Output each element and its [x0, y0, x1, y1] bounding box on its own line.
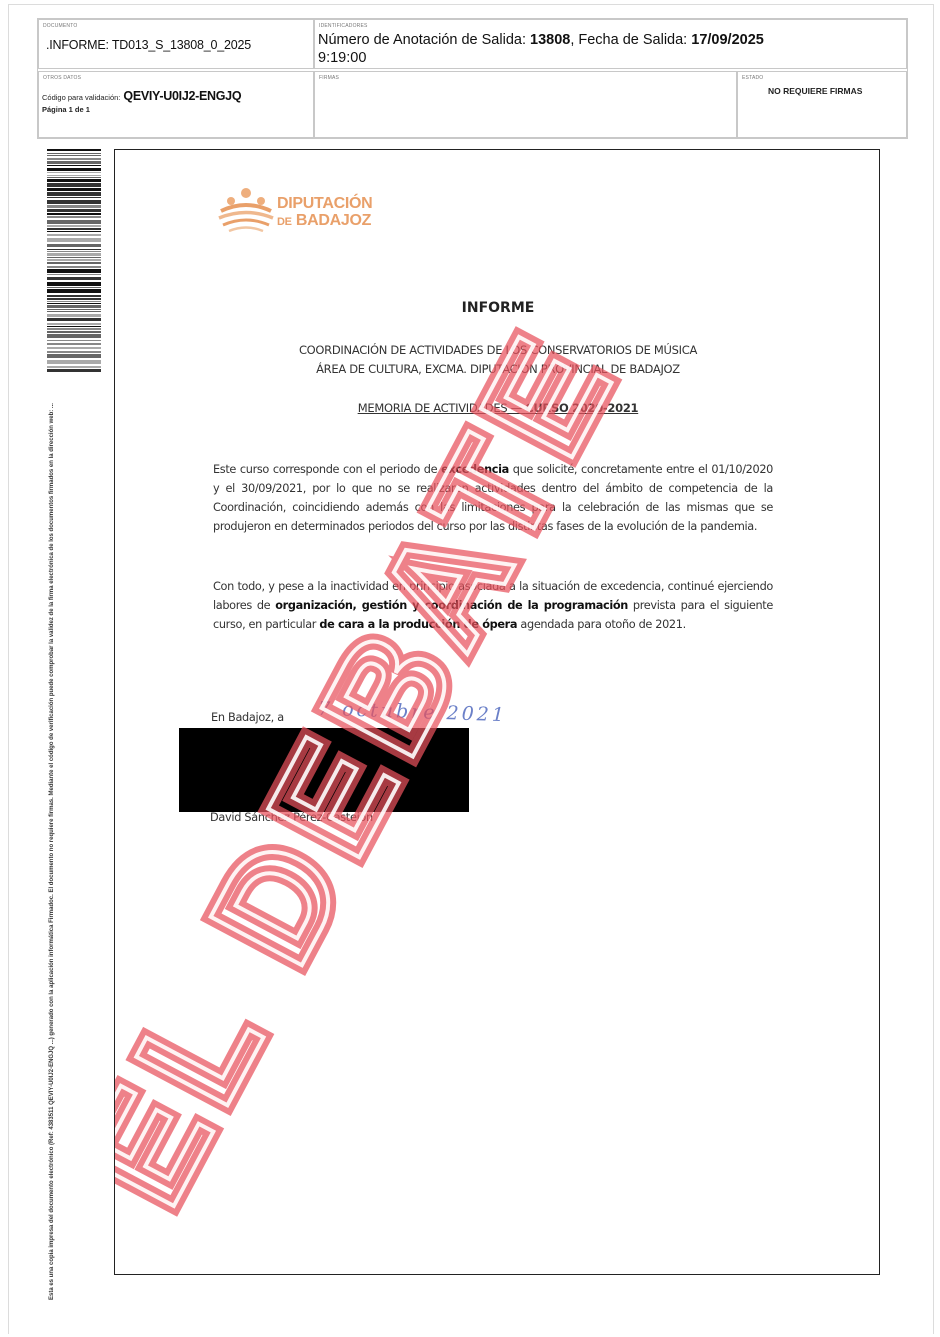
- document-subtitle-1: COORDINACIÓN DE ACTIVIDADES DE LOS CONSE…: [115, 343, 880, 357]
- identificadores-cell: IDENTIFICADORES Número de Anotación de S…: [314, 19, 907, 69]
- documento-label: DOCUMENTO: [43, 23, 78, 29]
- validation-code-value: QEVIY-U0IJ2-ENGJQ: [123, 89, 241, 103]
- fecha-value: 17/09/2025: [691, 32, 764, 48]
- anotacion-label: Número de Anotación de Salida:: [318, 32, 530, 48]
- document-title: INFORME: [115, 300, 880, 316]
- logo-line2-prefix: DE: [277, 216, 292, 228]
- logo-line1: DIPUTACIÓN: [277, 195, 372, 212]
- memoria-prefix: MEMORIA DE ACTIVIDADES —: [358, 401, 525, 415]
- validation-code-label: Código para validación:: [42, 93, 120, 102]
- redacted-signature-block: [179, 728, 469, 812]
- p1-bold: excedencia: [441, 463, 509, 476]
- estado-value: NO REQUIERE FIRMAS: [768, 86, 862, 96]
- logo-line2: BADAJOZ: [296, 212, 371, 229]
- documento-cell: DOCUMENTO .INFORME: TD013_S_13808_0_2025: [38, 19, 314, 69]
- signatory-name: David Sánchez Pérez-Castejón: [210, 811, 373, 824]
- hora-value: 9:19:00: [318, 50, 366, 66]
- diputacion-logo-text: DIPUTACIÓN DE BADAJOZ: [277, 195, 372, 231]
- identificadores-label: IDENTIFICADORES: [319, 23, 368, 29]
- p2-bold-2: de cara a la producción de ópera: [319, 618, 517, 631]
- firmas-label: FIRMAS: [319, 75, 339, 81]
- barcode: [47, 149, 101, 375]
- p1-text-a: Este curso corresponde con el periodo de: [213, 463, 441, 476]
- identificadores-value: Número de Anotación de Salida: 13808, Fe…: [318, 31, 878, 67]
- otros-datos-label: OTROS DATOS: [43, 75, 81, 81]
- p2-bold-1: organización, gestión y coordinación de …: [275, 599, 628, 612]
- diputacion-logo: DIPUTACIÓN DE BADAJOZ: [217, 187, 387, 237]
- documento-value: .INFORME: TD013_S_13808_0_2025: [46, 38, 251, 52]
- paragraph-1: Este curso corresponde con el periodo de…: [213, 460, 773, 536]
- diputacion-emblem-icon: [217, 187, 275, 235]
- firmas-cell: FIRMAS: [314, 71, 737, 138]
- scanned-document: DIPUTACIÓN DE BADAJOZ INFORME COORDINACI…: [114, 149, 880, 1275]
- handwritten-date: 7 octubre 2021: [318, 698, 508, 727]
- fecha-label: , Fecha de Salida:: [570, 32, 691, 48]
- otros-datos-cell: OTROS DATOS Código para validación:QEVIY…: [38, 71, 314, 138]
- place-line: En Badajoz, a: [211, 711, 284, 724]
- memoria-heading: MEMORIA DE ACTIVIDADES — CURSO 2020-2021: [115, 401, 880, 415]
- memoria-course: CURSO 2020-2021: [525, 401, 638, 415]
- anotacion-number: 13808: [530, 32, 570, 48]
- estado-label: ESTADO: [742, 75, 763, 81]
- document-subtitle-2: ÁREA DE CULTURA, EXCMA. DIPUTACIÓN PROVI…: [115, 362, 880, 376]
- p2-text-e: agendada para otoño de 2021.: [517, 618, 686, 631]
- estado-cell: ESTADO NO REQUIERE FIRMAS: [737, 71, 907, 138]
- validation-code: Código para validación:QEVIY-U0IJ2-ENGJQ: [42, 89, 241, 103]
- verification-side-text: Esta es una copia impresa del documento …: [48, 400, 56, 1300]
- page-count: Página 1 de 1: [42, 105, 90, 114]
- paragraph-2: Con todo, y pese a la inactividad en pri…: [213, 577, 773, 634]
- header-metadata-table: DOCUMENTO .INFORME: TD013_S_13808_0_2025…: [37, 18, 908, 139]
